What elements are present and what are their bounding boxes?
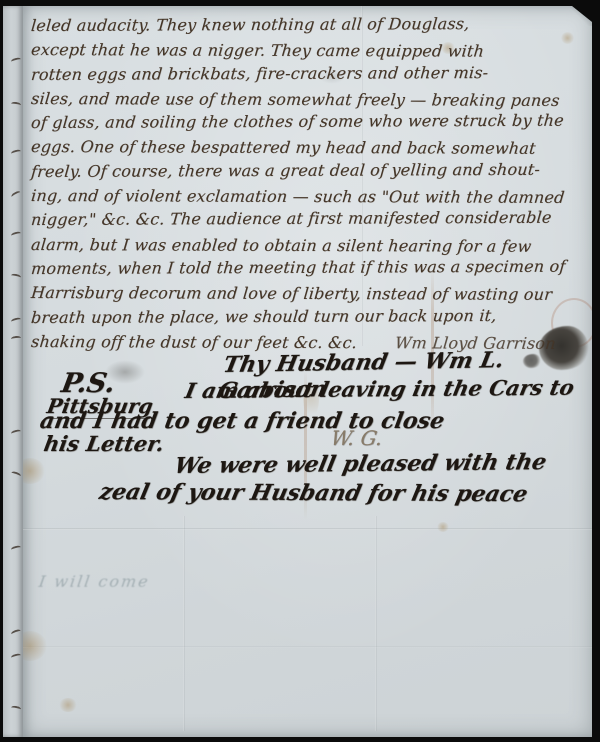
letter-line: rotten eggs and brickbats, fire-crackers… <box>30 60 588 87</box>
ink-fragment <box>11 429 22 436</box>
ink-fragment <box>10 190 21 199</box>
ink-fragment <box>11 231 22 238</box>
letter-line: leled audacity. They knew nothing at all… <box>30 12 588 39</box>
ink-fragment <box>11 705 22 712</box>
postscript-note-line: We were well pleased with the <box>172 449 549 479</box>
fold-crease <box>375 516 377 731</box>
ink-fragment <box>11 273 22 280</box>
letter-line: freely. Of course, there was a great dea… <box>30 157 588 184</box>
ink-fragment <box>11 653 22 660</box>
adjacent-page-edge <box>3 6 23 737</box>
letter-line: nigger," &c. &c. The audience at first m… <box>30 206 588 233</box>
ink-fragment <box>11 545 22 552</box>
stain <box>59 698 77 712</box>
letter-line-text: shaking off the dust of our feet &c. &c. <box>30 332 358 352</box>
ink-fragment <box>10 470 21 478</box>
ink-fragment <box>11 335 21 341</box>
letter-line: breath upon the place, we should turn ou… <box>30 303 588 330</box>
fold-crease <box>183 516 185 731</box>
stain <box>437 522 449 532</box>
fold-crease <box>23 646 592 648</box>
letter-body: leled audacity. They knew nothing at all… <box>30 14 586 354</box>
postscript-note-line: zeal of your Husband for his peace <box>97 479 530 507</box>
pencil-inscription: I will come <box>38 572 151 591</box>
letter-scan: leled audacity. They knew nothing at all… <box>0 0 600 742</box>
postscript-line: his Letter. <box>42 431 166 456</box>
ink-fragment <box>11 317 22 324</box>
ink-fragment <box>11 57 22 64</box>
letter-page: leled audacity. They knew nothing at all… <box>23 6 592 737</box>
ink-fragment <box>11 149 22 156</box>
letter-line: of glass, and soiling the clothes of som… <box>30 109 588 136</box>
postscript-line: I am about leaving in the Cars to <box>183 375 576 403</box>
fold-crease <box>23 528 592 530</box>
ink-fragment <box>11 101 22 107</box>
postscript-initials: W. G. <box>329 426 385 450</box>
letter-line: moments, when I told the meeting that if… <box>30 255 588 282</box>
ink-fragment <box>10 628 21 636</box>
